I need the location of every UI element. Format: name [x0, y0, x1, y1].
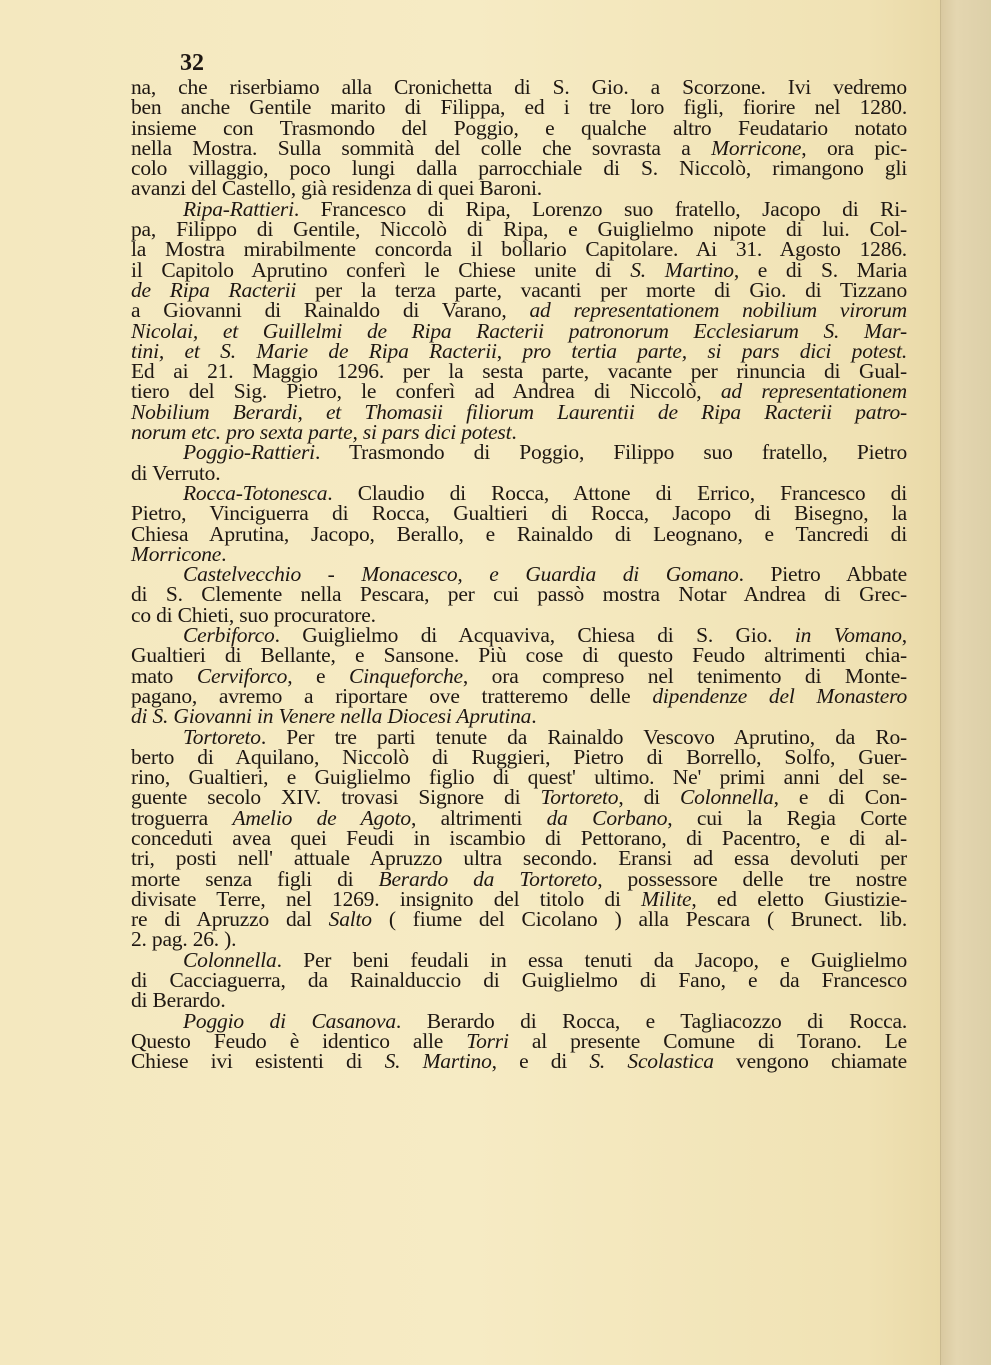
text-line: la Mostra mirabilmente concorda il bolla… [131, 239, 907, 259]
text-line: Tortoreto. Per tre parti tenute da Raina… [131, 727, 907, 747]
text-line: insieme con Trasmondo del Poggio, e qual… [131, 118, 907, 138]
text-line: pagano, avremo a riportare ove tratterem… [131, 686, 907, 706]
adjacent-page-edge [940, 0, 991, 1365]
text-line: di Cacciaguerra, da Rainalduccio di Guig… [131, 970, 907, 990]
text-line: 2. pag. 26. ). [131, 929, 907, 949]
text-line: di S. Clemente nella Pescara, per cui pa… [131, 584, 907, 604]
text-line: avanzi del Castello, già residenza di qu… [131, 178, 907, 198]
text-line: tiero del Sig. Pietro, le conferì ad And… [131, 381, 907, 401]
text-line: norum etc. pro sexta parte, si pars dici… [131, 422, 907, 442]
text-line: Poggio di Casanova. Berardo di Rocca, e … [131, 1011, 907, 1031]
text-line: guente secolo XIV. trovasi Signore di To… [131, 787, 907, 807]
text-line: tri, posti nell' attuale Apruzzo ultra s… [131, 848, 907, 868]
text-line: Nicolai, et Guillelmi de Ripa Racterii p… [131, 321, 907, 341]
text-line: Morricone. [131, 544, 907, 564]
text-line: na, che riserbiamo alla Cronichetta di S… [131, 77, 907, 97]
text-line: re di Apruzzo dal Salto ( fiume del Cico… [131, 909, 907, 929]
text-line: il Capitolo Aprutino conferì le Chiese u… [131, 260, 907, 280]
text-line: di S. Giovanni in Venere nella Diocesi A… [131, 706, 907, 726]
text-line: nella Mostra. Sulla sommità del colle ch… [131, 138, 907, 158]
text-line: Rocca-Totonesca. Claudio di Rocca, Atton… [131, 483, 907, 503]
text-line: berto di Aquilano, Niccolò di Ruggieri, … [131, 747, 907, 767]
page-body-text: na, che riserbiamo alla Cronichetta di S… [131, 77, 907, 1072]
text-line: Pietro, Vinciguerra di Rocca, Gualtieri … [131, 503, 907, 523]
text-line: de Ripa Racterii per la terza parte, vac… [131, 280, 907, 300]
text-line: Poggio-Rattieri. Trasmondo di Poggio, Fi… [131, 442, 907, 462]
text-line: rino, Gualtieri, e Guiglielmo figlio di … [131, 767, 907, 787]
text-line: a Giovanni di Rainaldo di Varano, ad rep… [131, 300, 907, 320]
text-line: Chiese ivi esistenti di S. Martino, e di… [131, 1051, 907, 1071]
text-line: co di Chieti, suo procuratore. [131, 605, 907, 625]
text-line: Chiesa Aprutina, Jacopo, Berallo, e Rain… [131, 524, 907, 544]
text-line: divisate Terre, nel 1269. insignito del … [131, 889, 907, 909]
text-line: Colonnella. Per beni feudali in essa ten… [131, 950, 907, 970]
text-line: ben anche Gentile marito di Filippa, ed … [131, 97, 907, 117]
text-line: Cerbiforco. Guiglielmo di Acquaviva, Chi… [131, 625, 907, 645]
text-line: Questo Feudo è identico alle Torri al pr… [131, 1031, 907, 1051]
text-line: pa, Filippo di Gentile, Niccolò di Ripa,… [131, 219, 907, 239]
text-line: Ripa-Rattieri. Francesco di Ripa, Lorenz… [131, 199, 907, 219]
text-line: Ed ai 21. Maggio 1296. per la sesta part… [131, 361, 907, 381]
text-line: troguerra Amelio de Agoto, altrimenti da… [131, 808, 907, 828]
book-page: 32 na, che riserbiamo alla Cronichetta d… [0, 0, 940, 1365]
text-line: Castelvecchio - Monacesco, e Guardia di … [131, 564, 907, 584]
text-line: Nobilium Berardi, et Thomasii filiorum L… [131, 402, 907, 422]
text-line: morte senza figli di Berardo da Tortoret… [131, 869, 907, 889]
text-line: mato Cerviforco, e Cinqueforche, ora com… [131, 666, 907, 686]
text-line: di Verruto. [131, 463, 907, 483]
text-line: Gualtieri di Bellante, e Sansone. Più co… [131, 645, 907, 665]
text-line: colo villaggio, poco lungi dalla parrocc… [131, 158, 907, 178]
text-line: di Berardo. [131, 990, 907, 1010]
text-line: conceduti avea quei Feudi in iscambio di… [131, 828, 907, 848]
text-line: tini, et S. Marie de Ripa Racterii, pro … [131, 341, 907, 361]
page-number: 32 [180, 50, 204, 77]
